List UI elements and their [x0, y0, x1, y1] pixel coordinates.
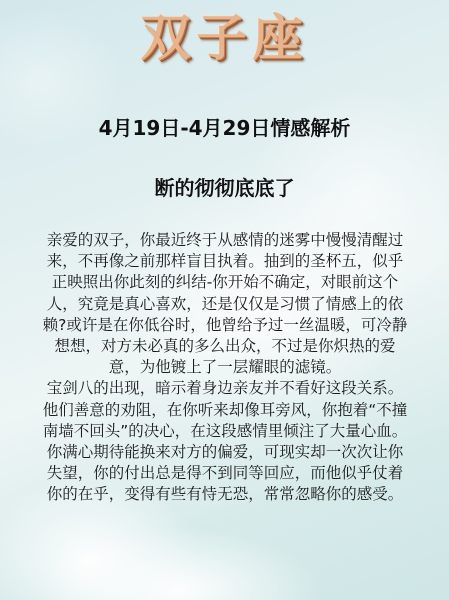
date-range-title: 4月19日-4月29日情感解析	[0, 114, 449, 142]
page-content: 双子座 4月19日-4月29日情感解析 断的彻彻底底了 亲爱的双子，你最近终于从…	[0, 0, 449, 600]
reading-body: 亲爱的双子，你最近终于从感情的迷雾中慢慢清醒过来，不再像之前那样盲目执着。抽到的…	[40, 230, 410, 506]
zodiac-title: 双子座	[0, 6, 449, 70]
paragraph-swords: 宝剑八的出现，暗示着身边亲友并不看好这段关系。他们善意的劝阻，在你听来却像耳旁风…	[40, 378, 410, 505]
paragraph-cups: 亲爱的双子，你最近终于从感情的迷雾中慢慢清醒过来，不再像之前那样盲目执着。抽到的…	[40, 230, 410, 378]
subtitle: 断的彻彻底底了	[0, 174, 449, 202]
